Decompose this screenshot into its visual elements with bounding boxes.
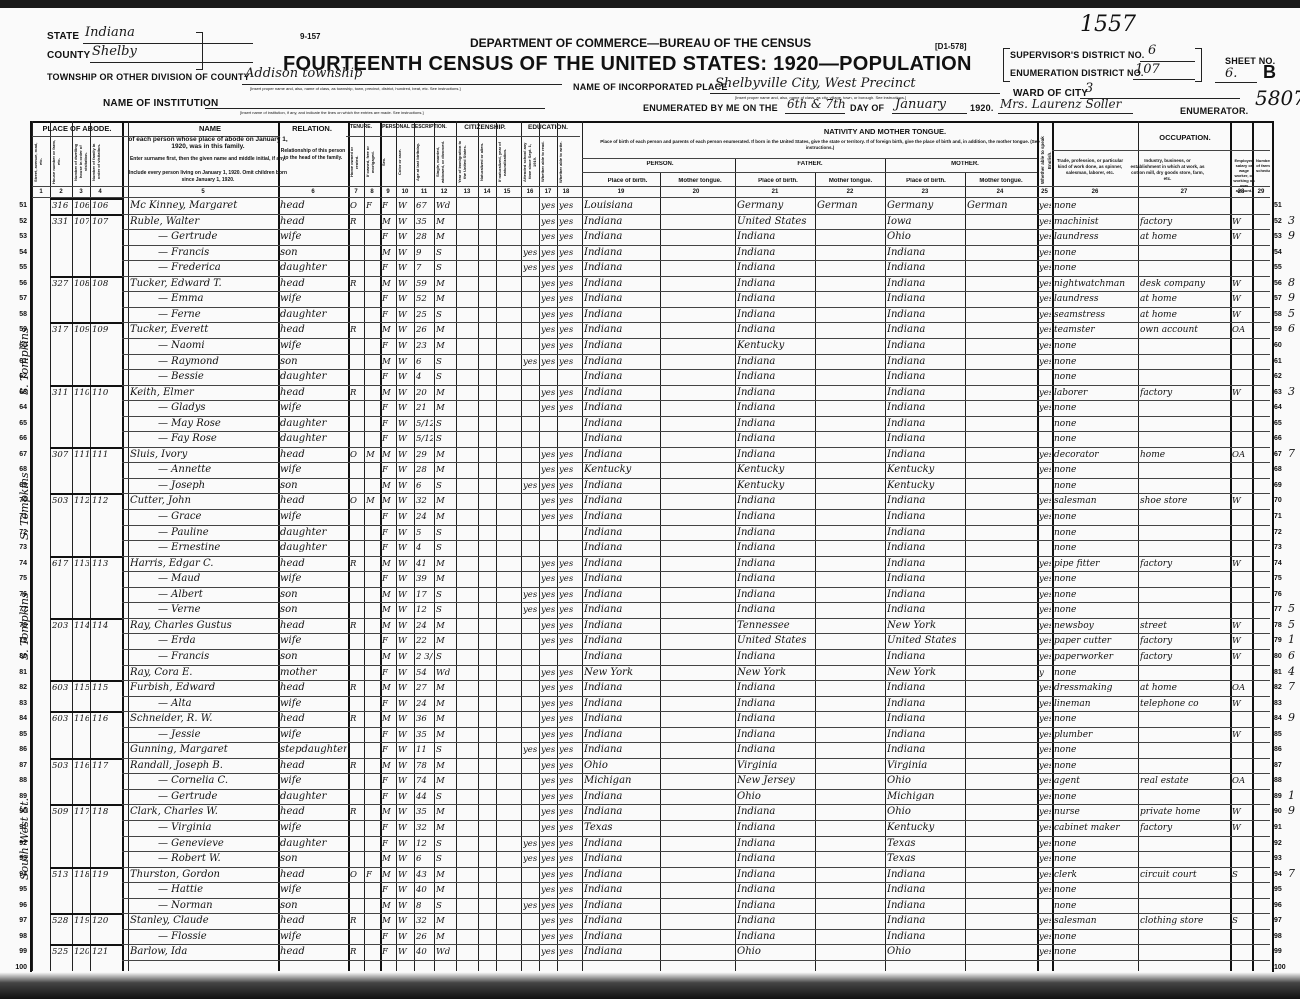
- year-label: 1920.: [970, 103, 994, 113]
- line-number-right: 85: [1274, 731, 1282, 738]
- cell-age: 24: [416, 509, 433, 525]
- cell-father-birth: Ohio: [737, 944, 814, 960]
- cell-read: yes: [541, 354, 556, 370]
- cell-marital: S: [436, 416, 453, 432]
- cell-birth: Indiana: [584, 493, 659, 509]
- cell-sex: F: [382, 431, 395, 447]
- dwelling-rule: [50, 198, 122, 200]
- cell-mother-birth: Indiana: [887, 540, 964, 556]
- line-number: 96: [5, 902, 27, 909]
- cell-sex: M: [382, 649, 395, 665]
- cell-sex: F: [382, 727, 395, 743]
- cell-owned: R: [350, 618, 363, 634]
- cell-birth: Indiana: [584, 416, 659, 432]
- cell-birth: Indiana: [584, 245, 659, 261]
- cell-sex: F: [382, 633, 395, 649]
- cell-trade: none: [1054, 416, 1137, 432]
- cell-name: Keith, Elmer: [130, 385, 277, 401]
- cell-house: 603: [52, 711, 71, 727]
- cell-english: yes: [1039, 354, 1051, 370]
- cell-read: yes: [541, 696, 556, 712]
- cell-write: yes: [559, 229, 574, 245]
- cell-race: W: [398, 556, 413, 572]
- cell-birth: Indiana: [584, 882, 659, 898]
- line-number: 51: [5, 202, 27, 209]
- cell-father-birth: Indiana: [737, 649, 814, 665]
- cell-race: W: [398, 493, 413, 509]
- cell-house: 311: [52, 385, 71, 401]
- cell-age: 67: [416, 198, 433, 214]
- margin-note: 6: [1288, 322, 1295, 335]
- cell-race: W: [398, 944, 413, 960]
- cell-marital: S: [436, 587, 453, 603]
- cell-age: 26: [416, 322, 433, 338]
- street-annotation: S. Tompkins: [18, 472, 31, 540]
- cell-father-birth: Indiana: [737, 229, 814, 245]
- cell-age: 43: [416, 867, 433, 883]
- cell-age: 29: [416, 447, 433, 463]
- cell-marital: S: [436, 431, 453, 447]
- cell-relation: wife: [280, 727, 347, 743]
- cell-mother-birth: Indiana: [887, 322, 964, 338]
- cell-relation: son: [280, 649, 347, 665]
- stamp-number: 1557: [1080, 12, 1136, 37]
- cell-write: yes: [559, 338, 574, 354]
- cell-father-birth: New York: [737, 665, 814, 681]
- cell-sex: M: [382, 898, 395, 914]
- column-number: 12: [434, 189, 454, 195]
- cell-age: 5/12: [416, 431, 433, 447]
- cell-mother-birth: Texas: [887, 851, 964, 867]
- cell-english: yes: [1039, 214, 1051, 230]
- line-number-right: 87: [1274, 762, 1282, 769]
- cell-read: yes: [541, 898, 556, 914]
- cell-age: 23: [416, 338, 433, 354]
- cell-trade: dressmaking: [1054, 680, 1137, 696]
- cell-father-birth: Indiana: [737, 307, 814, 323]
- cell-father-birth: Tennessee: [737, 618, 814, 634]
- cell-read: yes: [541, 602, 556, 618]
- cell-trade: none: [1054, 338, 1137, 354]
- cell-english: yes: [1039, 882, 1051, 898]
- cell-marital: M: [436, 804, 453, 820]
- group-name: NAME: [135, 124, 285, 133]
- cell-race: W: [398, 322, 413, 338]
- margin-note: 5: [1288, 618, 1295, 631]
- cell-name: — Robert W.: [158, 851, 277, 867]
- employer-hdr: Employer, salary or wage worker, or work…: [1233, 158, 1255, 193]
- cell-relation: head: [280, 447, 347, 463]
- cell-age: 78: [416, 758, 433, 774]
- cell-mother-birth: Texas: [887, 836, 964, 852]
- cell-birth: Michigan: [584, 773, 659, 789]
- column-number: 7: [348, 189, 364, 195]
- column-number: 28: [1230, 189, 1252, 195]
- line-number-right: 80: [1274, 653, 1282, 660]
- cell-name: — Virginia: [158, 820, 277, 836]
- cell-name: — Flossie: [158, 929, 277, 945]
- cell-write: yes: [559, 804, 574, 820]
- sub-header: Whether able to write.: [558, 140, 573, 184]
- cell-mother-birth: Indiana: [887, 307, 964, 323]
- cell-owned: R: [350, 804, 363, 820]
- cell-father-tongue: German: [817, 198, 884, 214]
- cell-owned: R: [350, 214, 363, 230]
- cell-industry: clothing store: [1140, 913, 1229, 929]
- cell-trade: none: [1054, 836, 1137, 852]
- cell-sex: F: [382, 260, 395, 276]
- supervisor-value: 6: [1148, 43, 1156, 58]
- cell-read: yes: [541, 509, 556, 525]
- cell-employer: W: [1232, 493, 1251, 509]
- cell-industry: own account: [1140, 322, 1229, 338]
- cell-birth: Indiana: [584, 587, 659, 603]
- cell-mother-tongue: German: [967, 198, 1034, 214]
- cell-free: F: [366, 198, 379, 214]
- cell-race: W: [398, 696, 413, 712]
- cell-age: 9: [416, 245, 433, 261]
- line-number: 97: [5, 917, 27, 924]
- cell-english: yes: [1039, 633, 1051, 649]
- cell-name: Schneider, R. W.: [130, 711, 277, 727]
- column-rule: [582, 121, 583, 971]
- cell-marital: S: [436, 742, 453, 758]
- cell-age: 41: [416, 556, 433, 572]
- cell-marital: S: [436, 245, 453, 261]
- cell-relation: head: [280, 198, 347, 214]
- cell-english: yes: [1039, 462, 1051, 478]
- cell-dwelling: 115: [74, 680, 89, 696]
- cell-birth: Ohio: [584, 758, 659, 774]
- cell-name: — Gladys: [158, 400, 277, 416]
- institution-underline: [205, 108, 545, 109]
- cell-sex: F: [382, 509, 395, 525]
- cell-name: — Gertrude: [158, 789, 277, 805]
- dwelling-rule: [50, 385, 122, 387]
- cell-trade: none: [1054, 929, 1137, 945]
- ward-value: 3: [1085, 81, 1093, 96]
- mother-birth-hdr: Place of birth.: [886, 178, 966, 185]
- line-number-right: 68: [1274, 466, 1282, 473]
- cell-relation: head: [280, 944, 347, 960]
- cell-race: W: [398, 540, 413, 556]
- cell-mother-birth: Indiana: [887, 291, 964, 307]
- line-number-right: 74: [1274, 560, 1282, 567]
- line-number: 100: [5, 964, 27, 971]
- header-rule: [582, 158, 1037, 159]
- cell-birth: Indiana: [584, 260, 659, 276]
- cell-age: 25: [416, 307, 433, 323]
- cell-read: yes: [541, 820, 556, 836]
- cell-write: yes: [559, 789, 574, 805]
- cell-read: yes: [541, 307, 556, 323]
- cell-relation: son: [280, 587, 347, 603]
- cell-birth: Indiana: [584, 602, 659, 618]
- cell-family: 114: [92, 618, 109, 634]
- cell-read: yes: [541, 758, 556, 774]
- cell-house: 307: [52, 447, 71, 463]
- cell-sex: M: [382, 493, 395, 509]
- dwelling-rule: [50, 867, 122, 869]
- name-instr2: Include every person living on January 1…: [128, 170, 288, 184]
- cell-birth: Indiana: [584, 556, 659, 572]
- column-rule: [32, 121, 33, 971]
- cell-trade: machinist: [1054, 214, 1137, 230]
- enumeration-label: ENUMERATION DISTRICT NO.: [1010, 68, 1144, 78]
- line-number-right: 78: [1274, 622, 1282, 629]
- cell-age: 6: [416, 851, 433, 867]
- cell-age: 2 3/12: [416, 649, 433, 665]
- cell-employer: W: [1232, 214, 1251, 230]
- sub-header: Year of immigration to the United States…: [457, 140, 472, 184]
- cell-sex: F: [382, 571, 395, 587]
- cell-industry: factory: [1140, 385, 1229, 401]
- cell-age: 26: [416, 929, 433, 945]
- cell-write: yes: [559, 447, 574, 463]
- cell-trade: decorator: [1054, 447, 1137, 463]
- cell-age: 32: [416, 913, 433, 929]
- cell-name: Stanley, Claude: [130, 913, 277, 929]
- cell-read: yes: [541, 493, 556, 509]
- column-number: 6: [278, 189, 348, 195]
- column-rule: [1252, 121, 1254, 971]
- column-number: 1: [32, 189, 50, 195]
- cell-read: yes: [541, 618, 556, 634]
- cell-trade: none: [1054, 260, 1137, 276]
- cell-trade: none: [1054, 571, 1137, 587]
- cell-marital: M: [436, 556, 453, 572]
- cell-father-birth: Indiana: [737, 276, 814, 292]
- column-rule: [521, 121, 522, 971]
- cell-sex: F: [382, 882, 395, 898]
- cell-owned: O: [350, 867, 363, 883]
- margin-note: 7: [1288, 867, 1295, 880]
- cell-race: W: [398, 431, 413, 447]
- cell-write: yes: [559, 276, 574, 292]
- line-number: 98: [5, 933, 27, 940]
- cell-dwelling: 120: [74, 944, 89, 960]
- cell-write: yes: [559, 867, 574, 883]
- cell-trade: clerk: [1054, 867, 1137, 883]
- cell-industry: factory: [1140, 649, 1229, 665]
- cell-write: yes: [559, 400, 574, 416]
- cell-relation: wife: [280, 696, 347, 712]
- corner-number: 5807: [1255, 86, 1300, 110]
- cell-english: yes: [1039, 229, 1051, 245]
- cell-sex: F: [382, 307, 395, 323]
- margin-note: 3: [1288, 385, 1295, 398]
- cell-english: yes: [1039, 773, 1051, 789]
- column-rule: [496, 121, 497, 971]
- cell-age: 20: [416, 385, 433, 401]
- incorporated-label: NAME OF INCORPORATED PLACE: [573, 82, 728, 92]
- cell-write: yes: [559, 322, 574, 338]
- line-number-right: 59: [1274, 326, 1282, 333]
- cell-read: yes: [541, 447, 556, 463]
- line-number: 66: [5, 435, 27, 442]
- cell-sex: M: [382, 602, 395, 618]
- cell-marital: M: [436, 571, 453, 587]
- cell-relation: wife: [280, 400, 347, 416]
- cell-father-birth: Indiana: [737, 820, 814, 836]
- header-rule: [346, 136, 580, 137]
- cell-read: yes: [541, 229, 556, 245]
- dwelling-rule: [50, 447, 122, 449]
- cell-age: 35: [416, 727, 433, 743]
- institution-hint: [Insert name of institution, if any, and…: [240, 110, 540, 115]
- cell-owned: R: [350, 913, 363, 929]
- cell-employer: W: [1232, 727, 1251, 743]
- line-number-right: 86: [1274, 746, 1282, 753]
- cell-school: yes: [523, 354, 538, 370]
- cell-sex: M: [382, 354, 395, 370]
- cell-mother-birth: Indiana: [887, 509, 964, 525]
- cell-father-birth: Indiana: [737, 245, 814, 261]
- sheet-value: 6.: [1225, 66, 1237, 81]
- cell-family: 110: [92, 385, 109, 401]
- cell-trade: none: [1054, 462, 1137, 478]
- cell-employer: OA: [1232, 773, 1251, 789]
- line-number-right: 52: [1274, 218, 1282, 225]
- cell-mother-birth: United States: [887, 633, 964, 649]
- cell-family: 116: [92, 711, 109, 727]
- cell-marital: S: [436, 602, 453, 618]
- cell-write: yes: [559, 478, 574, 494]
- cell-race: W: [398, 680, 413, 696]
- cell-father-birth: Indiana: [737, 416, 814, 432]
- cell-write: yes: [559, 758, 574, 774]
- line-number: 95: [5, 886, 27, 893]
- cell-trade: none: [1054, 198, 1137, 214]
- column-number: 13: [456, 189, 478, 195]
- cell-race: W: [398, 851, 413, 867]
- cell-mother-birth: Indiana: [887, 680, 964, 696]
- cell-relation: head: [280, 385, 347, 401]
- cell-marital: M: [436, 462, 453, 478]
- incorporated-value: Shelbyville City, West Precinct: [715, 76, 916, 91]
- cell-sex: F: [382, 742, 395, 758]
- line-number: 82: [5, 684, 27, 691]
- sub-header: Number of dwelling house in order of vis…: [73, 140, 88, 184]
- cell-mother-birth: Indiana: [887, 602, 964, 618]
- line-number-right: 88: [1274, 777, 1282, 784]
- cell-relation: son: [280, 898, 347, 914]
- father-birth-hdr: Place of birth.: [738, 178, 818, 185]
- census-title: FOURTEENTH CENSUS OF THE UNITED STATES: …: [283, 53, 972, 76]
- line-number-right: 76: [1274, 591, 1282, 598]
- cell-marital: M: [436, 229, 453, 245]
- cell-english: yes: [1039, 618, 1051, 634]
- cell-birth: New York: [584, 665, 659, 681]
- cell-father-birth: Indiana: [737, 431, 814, 447]
- column-number: 24: [965, 189, 1035, 195]
- cell-birth: Indiana: [584, 214, 659, 230]
- margin-note: 5: [1288, 602, 1295, 615]
- cell-sex: M: [382, 214, 395, 230]
- line-number-right: 58: [1274, 311, 1282, 318]
- cell-read: yes: [541, 587, 556, 603]
- cell-industry: at home: [1140, 229, 1229, 245]
- cell-marital: M: [436, 727, 453, 743]
- cell-father-birth: Indiana: [737, 929, 814, 945]
- line-number: 53: [5, 233, 27, 240]
- cell-relation: son: [280, 478, 347, 494]
- cell-read: yes: [541, 260, 556, 276]
- cell-relation: head: [280, 276, 347, 292]
- cell-race: W: [398, 898, 413, 914]
- line-number: 56: [5, 280, 27, 287]
- dwelling-rule: [50, 680, 122, 682]
- cell-name: Ray, Charles Gustus: [130, 618, 277, 634]
- cell-age: 17: [416, 587, 433, 603]
- cell-mother-birth: Indiana: [887, 338, 964, 354]
- cell-free: M: [366, 493, 379, 509]
- line-number-right: 100: [1274, 964, 1286, 971]
- enumerated-day: 6th & 7th: [787, 97, 846, 111]
- cell-owned: R: [350, 680, 363, 696]
- column-rule: [364, 121, 365, 971]
- cell-employer: W: [1232, 385, 1251, 401]
- column-rule: [1138, 121, 1139, 971]
- cell-age: 74: [416, 773, 433, 789]
- cell-relation: head: [280, 322, 347, 338]
- cell-write: yes: [559, 633, 574, 649]
- cell-father-birth: Indiana: [737, 836, 814, 852]
- cell-name: Clark, Charles W.: [130, 804, 277, 820]
- cell-trade: laborer: [1054, 385, 1137, 401]
- dwelling-rule: [50, 913, 122, 915]
- cell-race: W: [398, 649, 413, 665]
- cell-name: Thurston, Gordon: [130, 867, 277, 883]
- line-number: 65: [5, 420, 27, 427]
- margin-note: 9: [1288, 711, 1295, 724]
- cell-relation: daughter: [280, 789, 347, 805]
- cell-sex: F: [382, 665, 395, 681]
- cell-birth: Indiana: [584, 680, 659, 696]
- cell-free: F: [366, 867, 379, 883]
- cell-father-birth: Indiana: [737, 851, 814, 867]
- column-number: 4: [90, 189, 110, 195]
- cell-marital: S: [436, 789, 453, 805]
- cell-name: — Verne: [158, 602, 277, 618]
- cell-name: Tucker, Everett: [130, 322, 277, 338]
- cell-relation: wife: [280, 571, 347, 587]
- cell-mother-birth: Indiana: [887, 867, 964, 883]
- cell-marital: M: [436, 400, 453, 416]
- column-number: 20: [660, 189, 732, 195]
- enumerator-name: Mrs. Laurenz Soller: [1000, 97, 1121, 111]
- cell-mother-birth: Indiana: [887, 727, 964, 743]
- cell-read: yes: [541, 214, 556, 230]
- line-number-right: 95: [1274, 886, 1282, 893]
- cell-trade: lineman: [1054, 696, 1137, 712]
- person-tongue-hdr: Mother tongue.: [665, 178, 735, 185]
- cell-birth: Indiana: [584, 804, 659, 820]
- cell-marital: Wd: [436, 944, 453, 960]
- cell-relation: son: [280, 851, 347, 867]
- cell-family: 111: [92, 447, 109, 463]
- cell-father-birth: Virginia: [737, 758, 814, 774]
- line-number-right: 63: [1274, 389, 1282, 396]
- cell-relation: daughter: [280, 416, 347, 432]
- group-tenure: TENURE.: [346, 124, 376, 130]
- group-relation: RELATION.: [277, 124, 347, 133]
- cell-race: W: [398, 711, 413, 727]
- cell-trade: agent: [1054, 773, 1137, 789]
- cell-sex: F: [382, 929, 395, 945]
- county-underline: [90, 62, 253, 63]
- cell-race: W: [398, 587, 413, 603]
